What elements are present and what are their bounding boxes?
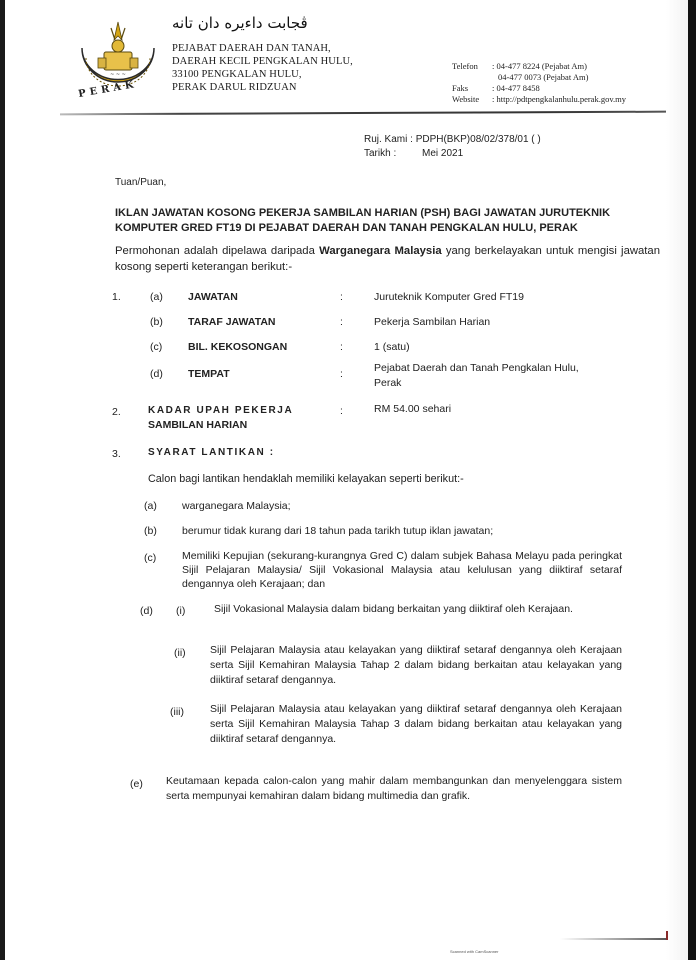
item-colon: :: [340, 315, 343, 329]
item-key: BIL. KEKOSONGAN: [188, 340, 287, 354]
subrequirement-label: (iii): [170, 705, 184, 719]
item-value: Pejabat Daerah dan Tanah Pengkalan Hulu,…: [374, 361, 584, 391]
page-corner-mark: [560, 938, 668, 940]
item-colon: :: [340, 290, 343, 304]
office-address: PEJABAT DAERAH DAN TANAH, DAERAH KECIL P…: [172, 42, 353, 94]
contact-block: Telefon: 04-477 8224 (Pejabat Am) 04-477…: [452, 61, 626, 105]
requirement-label: (b): [144, 524, 157, 538]
document-title: IKLAN JAWATAN KOSONG PEKERJA SAMBILAN HA…: [115, 206, 655, 236]
letterhead-divider: [60, 111, 666, 116]
item-colon: :: [340, 367, 343, 381]
page-corner-tick: [666, 931, 668, 940]
address-line: PERAK DARUL RIDZUAN: [172, 81, 353, 94]
intro-bold: Warganegara Malaysia: [319, 245, 442, 257]
section-2-number: 2.: [112, 405, 121, 419]
requirement-label: (e): [130, 777, 143, 791]
item-value: 1 (satu): [374, 340, 410, 354]
intro-paragraph: Permohonan adalah dipelawa daripada Warg…: [115, 243, 660, 275]
requirement-text: Keutamaan kepada calon-calon yang mahir …: [166, 774, 622, 804]
tarikh-label: Tarikh :: [364, 147, 422, 161]
requirement-text: berumur tidak kurang dari 18 tahun pada …: [182, 524, 493, 538]
scanner-watermark: Scanned with CamScanner: [450, 949, 498, 954]
scan-edge-left: [0, 0, 5, 960]
requirement-text: warganegara Malaysia;: [182, 499, 291, 513]
item-label: (d): [150, 367, 163, 381]
scan-edge-right: [688, 0, 696, 960]
address-line: 33100 PENGKALAN HULU,: [172, 68, 353, 81]
section-3-heading: SYARAT LANTIKAN :: [148, 446, 275, 460]
jawi-office-name: ڤجابت داءيره دان تانه: [172, 14, 372, 32]
subrequirement-text: Sijil Pelajaran Malaysia atau kelayakan …: [210, 643, 622, 688]
website-url: : http://pdtpengkalanhulu.perak.gov.my: [492, 94, 626, 105]
item-key: JAWATAN: [188, 290, 238, 304]
item-label: (a): [150, 290, 163, 304]
svg-text:~ ~ ~: ~ ~ ~: [110, 72, 126, 78]
section-3-lead: Calon bagi lantikan hendaklah memiliki k…: [148, 472, 464, 486]
item-colon: :: [340, 340, 343, 354]
tarikh-value: Mei 2021: [422, 147, 463, 161]
item-label: (b): [150, 315, 163, 329]
requirement-text: Memiliki Kepujian (sekurang-kurangnya Gr…: [182, 549, 622, 591]
telefon-2: 04-477 0073 (Pejabat Am): [492, 72, 588, 83]
section-2-key-line1: KADAR UPAH PEKERJA: [148, 404, 293, 418]
section-2-value: RM 54.00 sehari: [374, 402, 451, 416]
section-3-number: 3.: [112, 447, 121, 461]
telefon-1: : 04-477 8224 (Pejabat Am): [492, 61, 587, 72]
subrequirement-label: (i): [176, 604, 185, 618]
section-2-key-line2: SAMBILAN HARIAN: [148, 418, 247, 432]
faks-label: Faks: [452, 83, 492, 94]
ruj-label: Ruj. Kami :: [364, 134, 413, 145]
item-label: (c): [150, 340, 162, 354]
requirement-label: (c): [144, 551, 156, 565]
requirement-label: (a): [144, 499, 157, 513]
item-value: Pekerja Sambilan Harian: [374, 315, 490, 329]
telefon-label: Telefon: [452, 61, 492, 72]
scan-shadow-right: [666, 0, 688, 960]
ruj-value: PDPH(BKP)08/02/378/01 ( ): [416, 134, 541, 145]
subrequirement-text: Sijil Vokasional Malaysia dalam bidang b…: [214, 602, 619, 617]
address-line: PEJABAT DAERAH DAN TANAH,: [172, 42, 353, 55]
item-value: Juruteknik Komputer Gred FT19: [374, 290, 524, 304]
requirement-label: (d): [140, 604, 153, 618]
address-line: DAERAH KECIL PENGKALAN HULU,: [172, 55, 353, 68]
item-key: TEMPAT: [188, 367, 230, 381]
website-label: Website: [452, 94, 492, 105]
subrequirement-text: Sijil Pelajaran Malaysia atau kelayakan …: [210, 702, 622, 747]
section-2-colon: :: [340, 404, 343, 418]
faks-number: : 04-477 8458: [492, 83, 540, 94]
item-key: TARAF JAWATAN: [188, 315, 276, 329]
subrequirement-label: (ii): [174, 646, 186, 660]
reference-block: Ruj. Kami : PDPH(BKP)08/02/378/01 ( ) Ta…: [364, 133, 541, 161]
intro-text: Permohonan adalah dipelawa daripada: [115, 245, 319, 257]
salutation: Tuan/Puan,: [115, 176, 166, 190]
section-1-number: 1.: [112, 290, 121, 304]
